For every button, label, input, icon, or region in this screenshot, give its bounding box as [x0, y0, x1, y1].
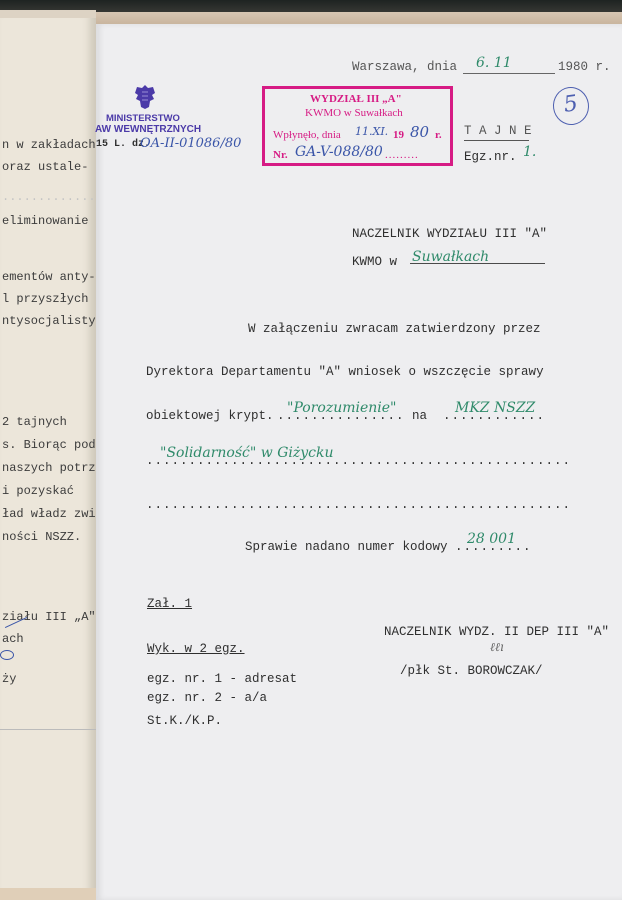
dotted-fill: ........................................…: [146, 498, 571, 512]
underlying-page: n w zakładach oraz ustale- .............…: [0, 10, 96, 900]
date-handwritten: 6. 11: [476, 55, 512, 71]
signature: ℓℓı: [490, 640, 504, 655]
stamp-title: WYDZIAŁ III „A": [310, 93, 402, 105]
eagle-emblem-icon: [134, 84, 156, 110]
place-label: Warszawa, dnia: [352, 60, 457, 74]
copies-made: Wyk. w 2 egz.: [147, 642, 245, 656]
fragment-text: oraz ustale-: [2, 160, 88, 174]
recipient-title: NACZELNIK WYDZIAŁU III "A": [352, 227, 547, 241]
signatory-name: /płk St. BOROWCZAK/: [400, 664, 543, 678]
stamp-year-end: r.: [435, 129, 442, 141]
code-number-handwritten: 28 001: [467, 531, 516, 547]
city-underline: [410, 263, 545, 264]
classification-secret: T A J N E: [464, 124, 532, 138]
fragment-text: s. Biorąc pod: [2, 438, 96, 452]
copy-label: Egz.nr.: [464, 150, 517, 164]
ministry-stamp-line2: AW WEWNĘTRZNYCH: [95, 124, 201, 135]
divider-line: [0, 729, 96, 730]
fragment-text: ementów anty-: [2, 270, 96, 284]
body-line-2: Dyrektora Departamentu "A" wniosek o wsz…: [146, 365, 544, 379]
pen-mark: [0, 650, 14, 660]
stamp-received-date: 11.XI.: [355, 125, 388, 138]
stamp-received-label: Wpłynęło, dnia: [273, 129, 341, 141]
date-underline: [463, 73, 555, 74]
signatory-title: NACZELNIK WYDZ. II DEP III "A": [384, 625, 609, 639]
copy-2-distribution: egz. nr. 2 - a/a: [147, 691, 267, 705]
stamp-number-label: Nr.: [273, 149, 288, 161]
year: 1980 r.: [558, 60, 611, 74]
fragment-text: eliminowanie: [2, 214, 88, 228]
ministry-stamp-line1: MINISTERSTWO: [106, 113, 180, 124]
body-line-3-middle: na: [412, 409, 427, 423]
target-handwritten-2: "Solidarność" w Giżycku: [160, 445, 334, 461]
faint-text: .............: [2, 190, 96, 204]
copy-1-distribution: egz. nr. 1 - adresat: [147, 672, 297, 686]
fragment-text: l przyszłych: [2, 292, 88, 306]
cryptonym-handwritten: "Porozumienie": [287, 400, 397, 416]
classification-underline: [464, 140, 529, 141]
page-bottom-edge: [0, 888, 96, 900]
fragment-text: ności NSZZ.: [2, 530, 81, 544]
stamp-year-suffix: 80: [410, 123, 429, 141]
fragment-text: n w zakładach: [2, 138, 96, 152]
fragment-text: ży: [2, 672, 16, 686]
page-top-edge: [0, 10, 96, 18]
code-label: Sprawie nadano numer kodowy: [245, 540, 448, 554]
stamp-unit: KWMO w Suwałkach: [305, 107, 403, 119]
recipient-unit-prefix: KWMO w: [352, 255, 397, 269]
fragment-text: ntysocjalisty-: [2, 314, 103, 328]
fragment-text: 2 tajnych: [2, 415, 67, 429]
stamp-number-value: GA-V-088/80: [295, 144, 383, 160]
target-handwritten-1: MKZ NSZZ: [455, 400, 535, 416]
stamp-dots: .........: [385, 149, 419, 161]
attachment-label: Zał. 1: [147, 597, 192, 611]
page-stack-edge: [95, 12, 622, 24]
copy-number: 1.: [523, 144, 536, 160]
ledger-number: OA-II-01086/80: [140, 136, 241, 151]
fragment-text: ład władz zwią: [2, 507, 103, 521]
body-line-1: W załączeniu zwracam zatwierdzony przez: [248, 322, 541, 336]
typist-initials: St.K./K.P.: [147, 714, 222, 728]
stamp-year-prefix: 19: [393, 129, 404, 141]
fragment-text: naszych potrz: [2, 461, 96, 475]
incoming-receipt-stamp: WYDZIAŁ III „A" KWMO w Suwałkach Wpłynęł…: [262, 86, 453, 166]
body-line-3-prefix: obiektowej krypt.: [146, 409, 274, 423]
fragment-text: i pozyskać: [2, 484, 74, 498]
fragment-text: ach: [2, 632, 24, 646]
